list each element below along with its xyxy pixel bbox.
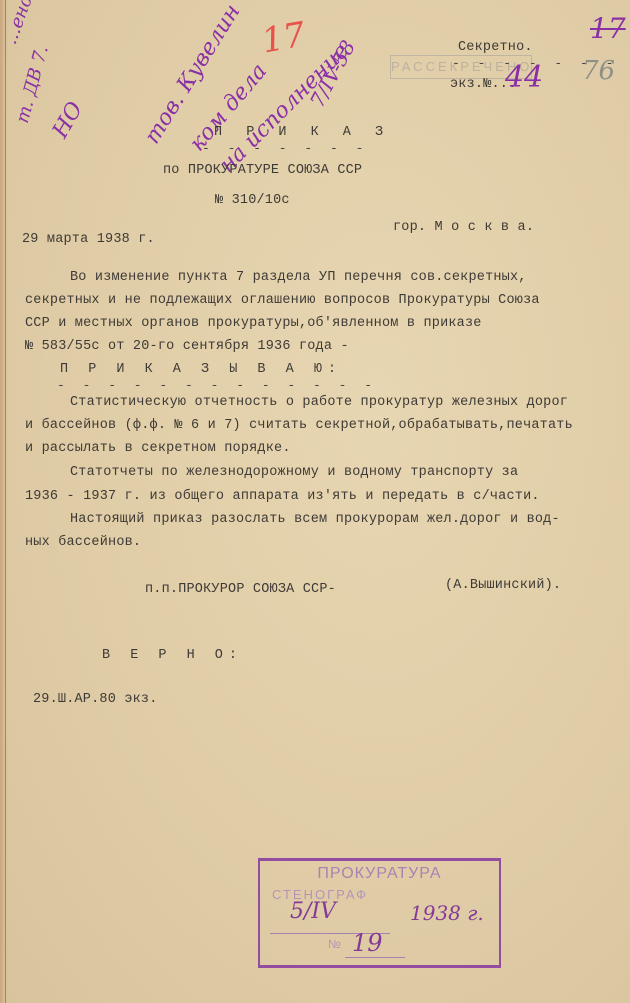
preamble-line: секретных и не подлежащих оглашению вопр… xyxy=(25,293,540,308)
distribution-footer: 29.Ш.АР.80 экз. xyxy=(33,692,158,707)
stamp-number: 19 xyxy=(352,929,383,957)
stamp-number-rule xyxy=(345,957,405,958)
stamp-number-label: № xyxy=(328,937,341,951)
paragraph-1-line: и бассейнов (ф.ф. № 6 и 7) считать секре… xyxy=(25,418,573,433)
receipt-stamp: ПРОКУРАТУРА СТЕНОГРАФ 5/IV 1938 г. № 19 xyxy=(258,858,501,968)
page-binding-edge xyxy=(0,0,8,1003)
signatory-title: п.п.ПРОКУРОР СОЮЗА ССР- xyxy=(145,582,336,597)
margin-initials: НО xyxy=(48,98,88,143)
copy-number-handwritten: 44 xyxy=(505,60,543,95)
signatory-name: (А.Вышинский). xyxy=(445,578,561,593)
paragraph-2-line: Статотчеты по железнодорожному и водному… xyxy=(70,465,518,480)
document-page: Секретно. - - - - - - - РАССЕКРЕЧЕНО экз… xyxy=(0,0,630,1003)
stamp-year: 1938 г. xyxy=(410,901,484,925)
red-struck-number: 17 xyxy=(259,15,309,62)
document-heading: П Р И К А З xyxy=(214,125,391,140)
document-date: 29 марта 1938 г. xyxy=(22,232,155,247)
paragraph-2-line: 1936 - 1937 г. из общего аппарата из'ять… xyxy=(25,489,540,504)
certification-label: В Е Р Н О: xyxy=(102,648,243,663)
order-word: П Р И К А З Ы В А Ю: xyxy=(60,362,342,377)
document-subheading: по ПРОКУРАТУРЕ СОЮЗА ССР xyxy=(163,163,362,178)
page-number-pencil: 76 xyxy=(582,56,615,86)
page-number-struck: 17 xyxy=(590,12,626,45)
preamble-line: № 583/55с от 20-го сентября 1936 года - xyxy=(25,339,349,354)
document-place: гор. М о с к в а. xyxy=(393,220,534,235)
classification-label: Секретно. xyxy=(458,40,533,55)
margin-note-left: т. ДВ 7. xyxy=(12,43,53,125)
heading-underline: - - - - - - - xyxy=(202,141,368,156)
paragraph-1-line: и рассылать в секретном порядке. xyxy=(25,441,291,456)
paragraph-1-line: Статистическую отчетность о работе проку… xyxy=(70,395,568,410)
stamp-date: 5/IV xyxy=(290,899,336,924)
paragraph-3-line: ных бассейнов. xyxy=(25,535,141,550)
order-word-underline: - - - - - - - - - - - - - xyxy=(57,378,377,393)
paragraph-3-line: Настоящий приказ разослать всем прокурор… xyxy=(70,512,560,527)
preamble-line: ССР и местных органов прокуратуры,об'явл… xyxy=(25,316,482,331)
stamp-title: ПРОКУРАТУРА xyxy=(260,865,499,883)
order-number: № 310/10с xyxy=(215,193,290,208)
preamble-line: Во изменение пункта 7 раздела УП перечня… xyxy=(70,270,527,285)
